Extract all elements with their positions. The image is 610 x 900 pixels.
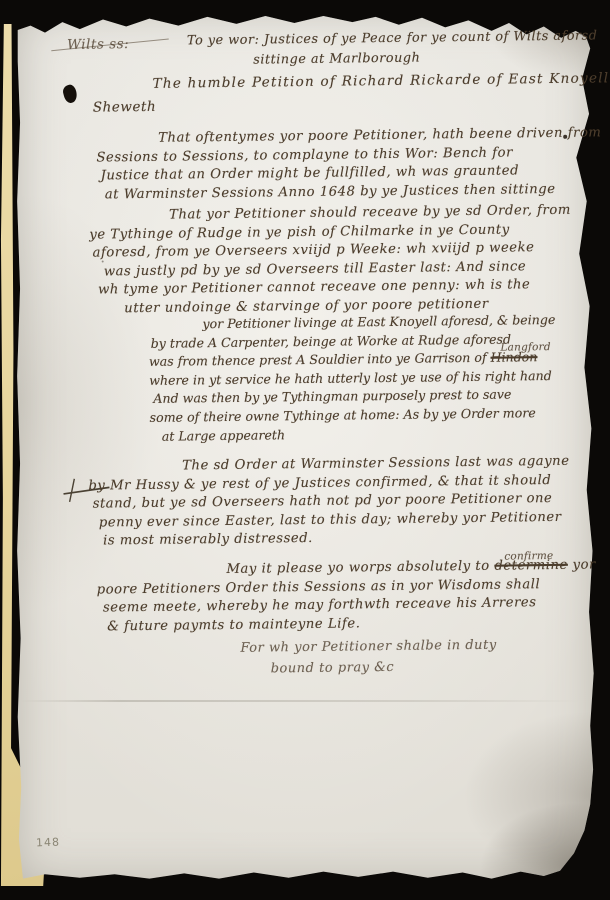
line-text: was from thence prest A Souldier into ye… <box>149 350 491 369</box>
closing-line-2: bound to pray &c <box>271 660 395 677</box>
struck-word-wrap: LangfordHindon <box>490 349 537 365</box>
photograph-background: Wilts ss: To ye wor: Justices of ye Peac… <box>0 0 610 900</box>
interlined-correction: confirme <box>504 547 553 566</box>
paragraph-5: May it please yo worps absolutely to con… <box>96 556 596 636</box>
paragraph-4: The sd Order at Warminster Sessions last… <box>88 453 570 552</box>
ink-blot <box>62 83 79 104</box>
salutation: Sheweth <box>93 99 157 116</box>
interlined-correction: Langford <box>500 338 551 357</box>
handwriting-layer: Wilts ss: To ye wor: Justices of ye Peac… <box>0 0 610 900</box>
paragraph-1: That oftentymes yor poore Petitioner, ha… <box>96 124 602 205</box>
struck-word-wrap: confirmedetermine <box>494 558 568 574</box>
paragraph-3: yor Petitioner livinge at East Knoyell a… <box>148 311 556 446</box>
petition-title-line: The humble Petition of Richard Rickarde … <box>152 70 609 92</box>
paragraph-2: That yor Petitioner should receave by ye… <box>89 202 572 319</box>
address-line-2: sittinge at Marlborough <box>253 51 420 68</box>
closing-line-1: For wh yor Petitioner shalbe in duty <box>240 638 496 656</box>
line-text: May it please yo worps absolutely to <box>226 559 494 577</box>
line-text: yor <box>568 557 596 572</box>
folio-number: 148 <box>36 836 60 850</box>
address-line-1: To ye wor: Justices of ye Peace for ye c… <box>187 28 598 48</box>
margin-county-heading: Wilts ss: <box>67 36 129 53</box>
